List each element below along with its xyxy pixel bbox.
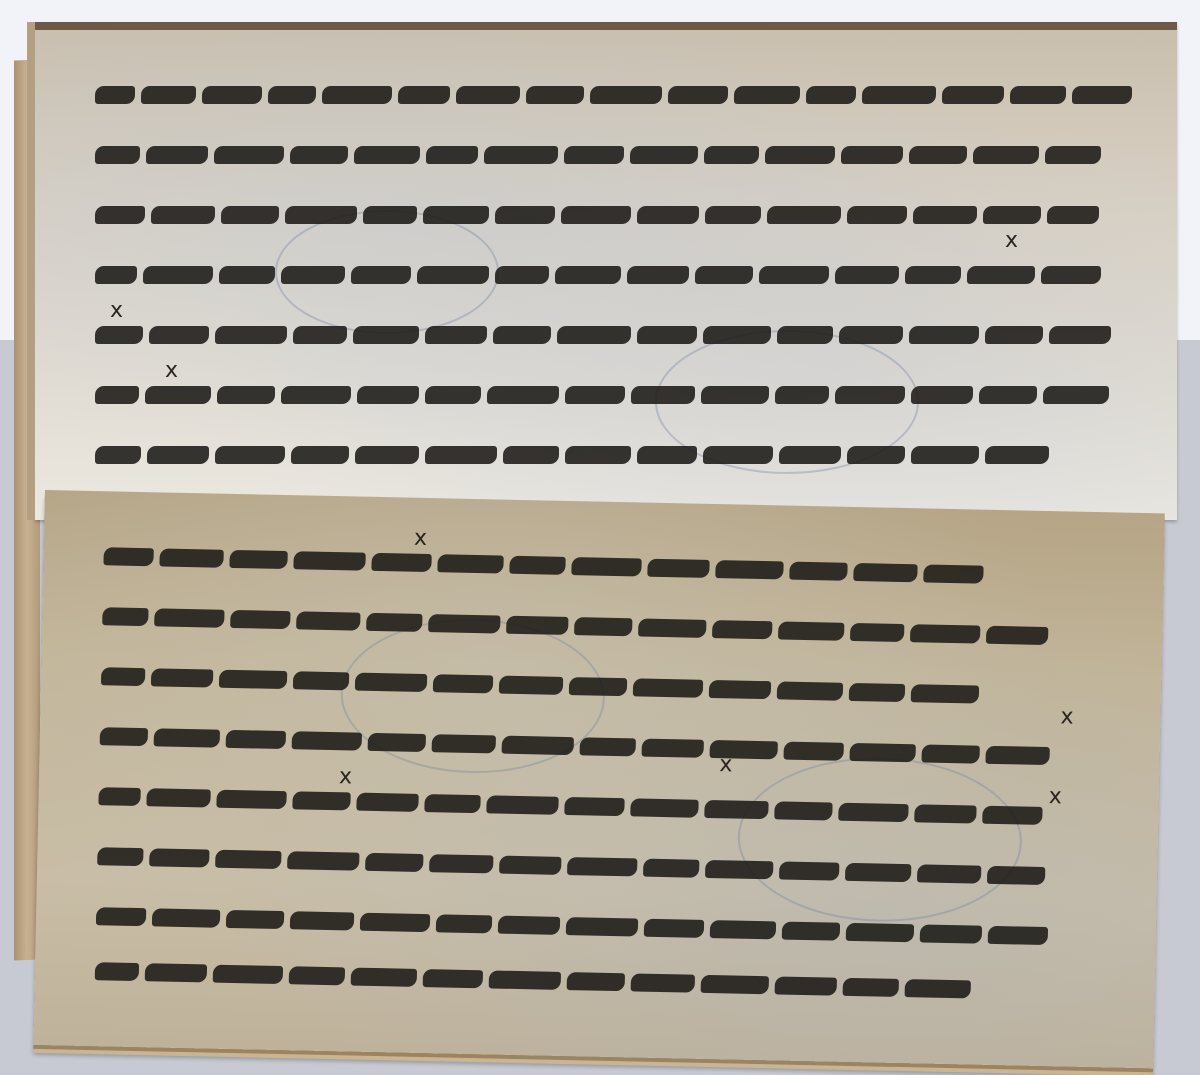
x-annotation-mark: x [414,528,436,550]
handwritten-line-6 [95,380,1109,410]
x-annotation-mark: x [339,766,361,788]
manuscript-top-page: x x x [35,22,1177,520]
handwritten-line-7 [95,440,1049,470]
handwritten-line-4 [95,260,1101,290]
handwritten-line-2 [95,140,1101,170]
x-annotation-mark: x [1049,786,1071,808]
manuscript-bottom-page: x x x x x [33,490,1164,1068]
bleed-through-stain [736,755,1023,925]
handwritten-line-1 [95,80,1132,110]
handwritten-line-3 [95,200,1099,230]
x-annotation-mark: x [165,360,187,382]
x-annotation-mark: x [719,754,741,776]
handwritten-line-5 [95,320,1111,350]
x-annotation-mark: x [1060,706,1082,728]
x-annotation-mark: x [1005,230,1027,252]
handwritten-line-1 [103,541,983,589]
handwritten-line-2 [102,601,1048,651]
x-annotation-mark: x [110,300,132,322]
handwritten-line-8 [95,956,971,1004]
